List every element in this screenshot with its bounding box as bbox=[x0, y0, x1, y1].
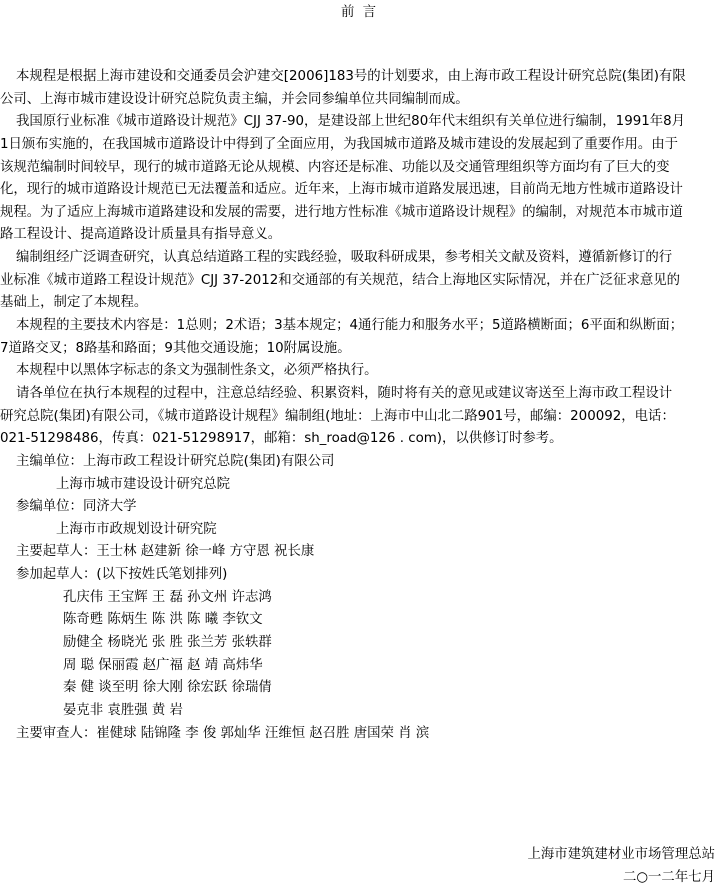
paragraph-background: 我国原行业标准《城市道路设计规范》CJJ 37-90，是建设部上世纪80年代末组… bbox=[0, 111, 719, 247]
text-line: 规程。为了适应上海城市道路建设和发展的需要，进行地方性标准《城市道路设计规程》的… bbox=[0, 202, 719, 225]
participant-row: 上海市市政规划设计研究院 bbox=[0, 519, 719, 542]
main-drafters-row: 主要起草人：王士林 赵建新 徐一峰 方守恩 祝长康 bbox=[0, 541, 719, 564]
drafter-names-row: 励健全 杨晓光 张 胜 张兰芳 张轶群 bbox=[0, 632, 719, 655]
chief-editor-label: 主编单位： bbox=[16, 454, 83, 469]
page-title: 前 言 bbox=[0, 4, 719, 22]
drafter-names-row: 晏克非 袁胜强 黄 岩 bbox=[0, 700, 719, 723]
drafter-names-row: 陈奇甦 陈炳生 陈 洪 陈 曦 李钦文 bbox=[0, 609, 719, 632]
text-line: 请各单位在执行本规程的过程中，注意总结经验、积累资料，随时将有关的意见或建议寄送… bbox=[0, 383, 719, 406]
text-line: 业标准《城市道路工程设计规范》CJJ 37-2012和交通部的有关规范，结合上海… bbox=[0, 270, 719, 293]
participant-label: 参编单位： bbox=[16, 499, 83, 514]
text-line: 021-51298486，传真：021-51298917，邮箱：sh_road@… bbox=[0, 428, 719, 451]
footer-signature: 上海市建筑建材业市场管理总站 二○一二年七月 bbox=[528, 844, 715, 886]
other-drafters-label: 参加起草人： bbox=[16, 567, 96, 582]
other-drafters-row: 参加起草人：(以下按姓氏笔划排列) bbox=[0, 564, 719, 587]
text-line: 编制组经广泛调查研究，认真总结道路工程的实践经验，吸取科研成果，参考相关文献及资… bbox=[0, 247, 719, 270]
participant-row: 参编单位：同济大学 bbox=[0, 496, 719, 519]
text-line: 基础上，制定了本规程。 bbox=[0, 292, 719, 315]
text-line: 研究总院(集团)有限公司，《城市道路设计规程》编制组(地址：上海市中山北二路90… bbox=[0, 406, 719, 429]
text-line: 7道路交叉；8路基和路面；9其他交通设施；10附属设施。 bbox=[0, 338, 719, 361]
text-line: 本规程的主要技术内容是：1总则；2术语；3基本规定；4通行能力和服务水平；5道路… bbox=[0, 315, 719, 338]
text-line: 我国原行业标准《城市道路设计规范》CJJ 37-90，是建设部上世纪80年代末组… bbox=[0, 111, 719, 134]
paragraph-mandatory: 本规程中以黑体字标志的条文为强制性条文，必须严格执行。 bbox=[0, 360, 719, 383]
credits-section: 主编单位：上海市政工程设计研究总院(集团)有限公司 上海市城市建设设计研究总院 … bbox=[0, 451, 719, 745]
chief-editor-row: 上海市城市建设设计研究总院 bbox=[0, 474, 719, 497]
reviewers-names: 崔健球 陆锦隆 李 俊 郭灿华 汪维恒 赵召胜 唐国荣 肖 滨 bbox=[96, 726, 429, 741]
text-line: 该规范编制时间较早，现行的城市道路无论从规模、内容还是标准、功能以及交通管理组织… bbox=[0, 157, 719, 180]
drafter-names-row: 周 聪 保丽霞 赵广福 赵 靖 高炜华 bbox=[0, 655, 719, 678]
drafter-names-row: 孔庆伟 王宝辉 王 磊 孙文州 许志鸿 bbox=[0, 587, 719, 610]
main-drafters-names: 王士林 赵建新 徐一峰 方守恩 祝长康 bbox=[96, 544, 314, 559]
participant-name: 同济大学 bbox=[83, 499, 137, 514]
paragraph-basis: 本规程是根据上海市建设和交通委员会沪建交[2006]183号的计划要求，由上海市… bbox=[0, 66, 719, 111]
chief-editor-row: 主编单位：上海市政工程设计研究总院(集团)有限公司 bbox=[0, 451, 719, 474]
paragraph-process: 编制组经广泛调查研究，认真总结道路工程的实践经验，吸取科研成果，参考相关文献及资… bbox=[0, 247, 719, 315]
text-line: 路工程设计、提高道路设计质量具有指导意义。 bbox=[0, 224, 719, 247]
text-line: 本规程是根据上海市建设和交通委员会沪建交[2006]183号的计划要求，由上海市… bbox=[0, 66, 719, 89]
issuing-organization: 上海市建筑建材业市场管理总站 bbox=[528, 844, 715, 867]
paragraph-feedback: 请各单位在执行本规程的过程中，注意总结经验、积累资料，随时将有关的意见或建议寄送… bbox=[0, 383, 719, 451]
other-drafters-note: (以下按姓氏笔划排列) bbox=[96, 567, 227, 582]
text-line: 公司、上海市城市建设设计研究总院负责主编，并会同参编单位共同编制而成。 bbox=[0, 89, 719, 112]
paragraph-contents: 本规程的主要技术内容是：1总则；2术语；3基本规定；4通行能力和服务水平；5道路… bbox=[0, 315, 719, 360]
drafter-names-row: 秦 健 谈至明 徐大刚 徐宏跃 徐瑞倩 bbox=[0, 677, 719, 700]
reviewers-label: 主要审查人： bbox=[16, 726, 96, 741]
reviewers-row: 主要审查人：崔健球 陆锦隆 李 俊 郭灿华 汪维恒 赵召胜 唐国荣 肖 滨 bbox=[0, 723, 719, 746]
issue-date: 二○一二年七月 bbox=[528, 867, 715, 886]
chief-editor-name: 上海市政工程设计研究总院(集团)有限公司 bbox=[83, 454, 334, 469]
text-line: 1日颁布实施的，在我国城市道路设计中得到了全面应用，为我国城市道路及城市建设的发… bbox=[0, 134, 719, 157]
text-line: 化，现行的城市道路设计规范已无法覆盖和适应。近年来，上海市城市道路发展迅速，目前… bbox=[0, 179, 719, 202]
main-drafters-label: 主要起草人： bbox=[16, 544, 96, 559]
document-body: 本规程是根据上海市建设和交通委员会沪建交[2006]183号的计划要求，由上海市… bbox=[0, 66, 719, 745]
text-line: 本规程中以黑体字标志的条文为强制性条文，必须严格执行。 bbox=[0, 360, 719, 383]
